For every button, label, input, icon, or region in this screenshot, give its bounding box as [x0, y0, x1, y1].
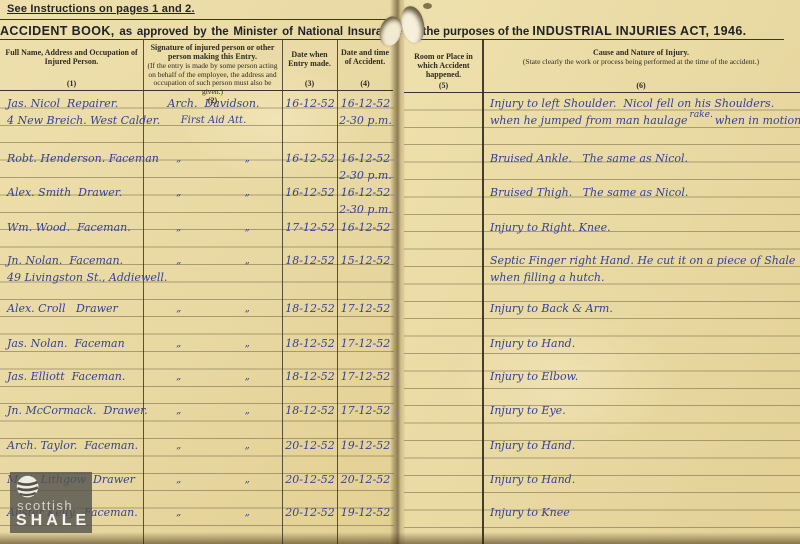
ditto-mark: „ [176, 219, 182, 236]
entry-date-cell: 16-12-52 [283, 150, 337, 167]
name-cell: Alex. Croll Drawer [7, 300, 145, 317]
cause-cell: Injury to Hand. [490, 437, 798, 454]
accident-date-cell: 19-12-52 [338, 504, 393, 521]
cause-cell: Bruised Ankle. The same as Nicol. [490, 150, 798, 167]
ditto-mark: „ [245, 402, 251, 419]
accident-date-cell: 16-12-522-30 p.m. [338, 184, 393, 219]
watermark-text-shale: SHALE [16, 512, 90, 530]
accident-date-cell: 17-12-52 [338, 300, 393, 317]
signature-cell: „„ [145, 368, 282, 385]
ditto-mark: „ [176, 300, 182, 317]
accident-date-cell: 19-12-52 [338, 437, 393, 454]
entry-date-cell: 17-12-52 [283, 219, 337, 236]
signature-cell: „„ [145, 335, 282, 352]
entry-date-cell: 18-12-52 [283, 300, 337, 317]
cause-cell: Injury to left Shoulder. Nicol fell on h… [490, 95, 798, 132]
signature-cell: „„ [145, 184, 282, 201]
accident-date-cell: 16-12-522-30 p.m. [338, 150, 393, 185]
ditto-mark: „ [176, 471, 182, 488]
ditto-mark: „ [176, 252, 182, 269]
signature-cell: „„ [145, 402, 282, 419]
accident-date-cell: 15-12-52 [338, 252, 393, 269]
name-cell: Robt. Henderson. Faceman [7, 150, 145, 167]
scottish-shale-watermark: scottish SHALE [10, 472, 92, 533]
watermark-text-scottish: scottish [17, 498, 73, 513]
ditto-mark: „ [245, 150, 251, 167]
name-cell: Jn. Nolan. Faceman.49 Livingston St., Ad… [7, 252, 145, 287]
accident-date-cell: 17-12-52 [338, 335, 393, 352]
name-cell: Alex. Smith Drawer. [7, 184, 145, 201]
entry-date-cell: 16-12-52 [283, 184, 337, 201]
name-cell: Wm. Wood. Faceman. [7, 219, 145, 236]
cause-cell: Injury to Eye. [490, 402, 798, 419]
globe-sphere-icon [15, 474, 42, 501]
entry-date-cell: 20-12-52 [283, 471, 337, 488]
ditto-mark: „ [176, 335, 182, 352]
signature-cell: „„ [145, 252, 282, 269]
ditto-mark: „ [245, 437, 251, 454]
accident-date-cell: 17-12-52 [338, 402, 393, 419]
entry-date-cell: 18-12-52 [283, 368, 337, 385]
entry-date-cell: 16-12-52 [283, 95, 337, 112]
signature-cell: „„ [145, 471, 282, 488]
ditto-mark: „ [245, 471, 251, 488]
cause-cell: Injury to Knee [490, 504, 798, 521]
name-cell: Arch. Taylor. Faceman. [7, 437, 145, 454]
ditto-mark: „ [176, 437, 182, 454]
signature-cell: „„ [145, 300, 282, 317]
signature-cell: „„ [145, 219, 282, 236]
entry-date-cell: 18-12-52 [283, 335, 337, 352]
accident-book-scan: See Instructions on pages 1 and 2. ACCID… [0, 0, 800, 544]
ditto-mark: „ [245, 184, 251, 201]
cause-cell: Septic Finger right Hand. He cut it on a… [490, 252, 798, 287]
cause-cell: Injury to Hand. [490, 335, 798, 352]
ditto-mark: „ [176, 504, 182, 521]
cause-cell: Injury to Elbow. [490, 368, 798, 385]
inserted-word: rake. [690, 110, 713, 120]
ditto-mark: „ [176, 150, 182, 167]
cause-cell: Injury to Right. Knee. [490, 219, 798, 236]
ditto-mark: „ [245, 335, 251, 352]
ditto-mark: „ [176, 368, 182, 385]
entry-date-cell: 20-12-52 [283, 504, 337, 521]
entry-date-cell: 18-12-52 [283, 252, 337, 269]
accident-date-cell: 16-12-52 [338, 219, 393, 236]
ditto-mark: „ [176, 184, 182, 201]
accident-date-cell: 16-12-522-30 p.m. [338, 95, 393, 130]
ditto-mark: „ [245, 219, 251, 236]
cause-cell: Injury to Back & Arm. [490, 300, 798, 317]
name-cell: Jas. Nolan. Faceman [7, 335, 145, 352]
ditto-mark: „ [245, 252, 251, 269]
name-cell: Jas. Elliott Faceman. [7, 368, 145, 385]
ditto-mark: „ [245, 504, 251, 521]
ditto-mark: „ [245, 368, 251, 385]
paper-tear-speck [423, 3, 432, 9]
entries-layer: Jas. Nicol Repairer.4 New Breich. West C… [0, 0, 800, 544]
ditto-mark: „ [245, 300, 251, 317]
signature-cell: „„ [145, 437, 282, 454]
accident-date-cell: 17-12-52 [338, 368, 393, 385]
signature-cell: Arch. Davidson.First Aid Att. [145, 95, 282, 130]
ditto-mark: „ [176, 402, 182, 419]
cause-cell: Bruised Thigh. The same as Nicol. [490, 184, 798, 201]
accident-date-cell: 20-12-52 [338, 471, 393, 488]
entry-date-cell: 20-12-52 [283, 437, 337, 454]
name-cell: Jn. McCormack. Drawer. [7, 402, 145, 419]
entry-date-cell: 18-12-52 [283, 402, 337, 419]
name-cell: Jas. Nicol Repairer.4 New Breich. West C… [7, 95, 145, 130]
signature-cell: „„ [145, 504, 282, 521]
cause-cell: Injury to Hand. [490, 471, 798, 488]
signature-cell: „„ [145, 150, 282, 167]
